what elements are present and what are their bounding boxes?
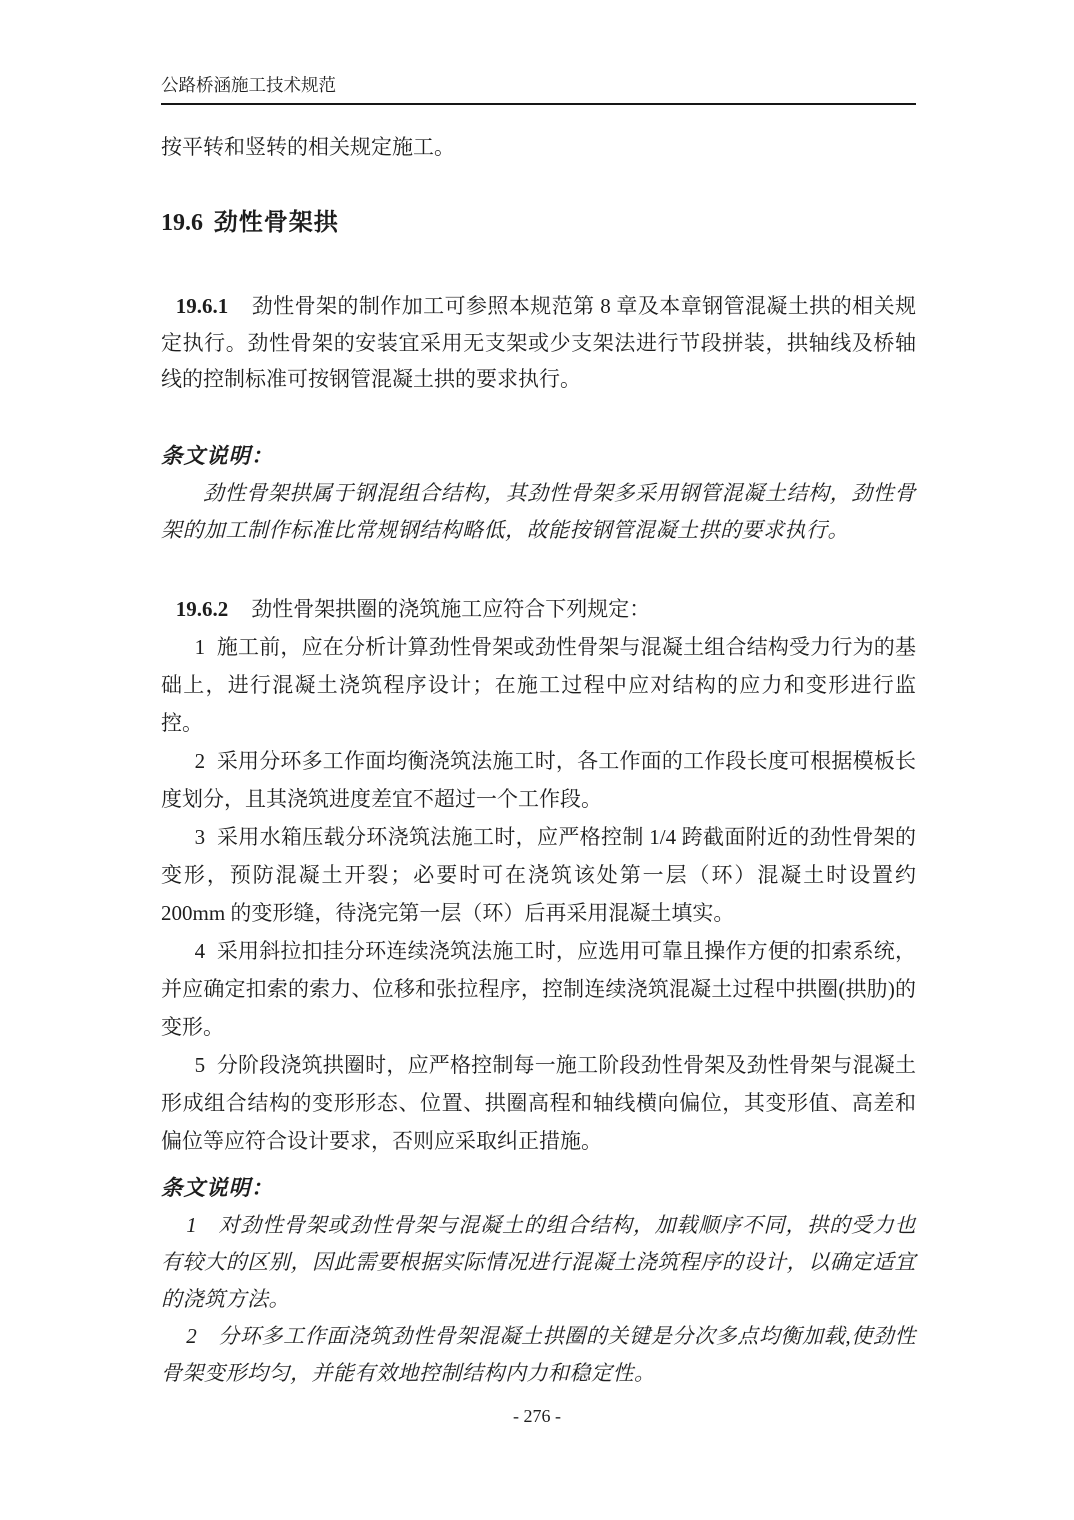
item-number: 2 bbox=[186, 1324, 197, 1348]
clause-item: 5分阶段浇筑拱圈时，应严格控制每一施工阶段劲性骨架及劲性骨架与混凝土形成组合结构… bbox=[161, 1046, 916, 1160]
item-text: 采用水箱压载分环浇筑法施工时，应严格控制 1/4 跨截面附近的劲性骨架的变形，预… bbox=[161, 825, 916, 925]
item-number: 3 bbox=[195, 825, 206, 849]
clause-lead: 19.6.2劲性骨架拱圈的浇筑施工应符合下列规定： bbox=[161, 590, 916, 628]
page-number: - 276 - bbox=[0, 1406, 1074, 1427]
item-text: 对劲性骨架或劲性骨架与混凝土的组合结构，加载顺序不同，拱的受力也有较大的区别，因… bbox=[161, 1213, 916, 1311]
clause-lead-text: 劲性骨架拱圈的浇筑施工应符合下列规定： bbox=[251, 597, 650, 621]
clause-19-6-2: 19.6.2劲性骨架拱圈的浇筑施工应符合下列规定： 1施工前，应在分析计算劲性骨… bbox=[161, 590, 916, 1160]
item-text: 分环多工作面浇筑劲性骨架混凝土拱圈的关键是分次多点均衡加载,使劲性骨架变形均匀，… bbox=[161, 1324, 916, 1385]
continued-paragraph: 按平转和竖转的相关规定施工。 bbox=[161, 134, 916, 160]
item-number: 2 bbox=[195, 749, 206, 773]
item-text: 施工前，应在分析计算劲性骨架或劲性骨架与混凝土组合结构受力行为的基础上，进行混凝… bbox=[161, 635, 916, 735]
item-text: 分阶段浇筑拱圈时，应严格控制每一施工阶段劲性骨架及劲性骨架与混凝土形成组合结构的… bbox=[161, 1053, 916, 1153]
clause-item: 2采用分环多工作面均衡浇筑法施工时，各工作面的工作段长度可根据模板长度划分，且其… bbox=[161, 742, 916, 818]
clause-text: 劲性骨架的制作加工可参照本规范第 8 章及本章钢管混凝土拱的相关规定执行。劲性骨… bbox=[161, 294, 916, 391]
clause-19-6-1: 19.6.1劲性骨架的制作加工可参照本规范第 8 章及本章钢管混凝土拱的相关规定… bbox=[161, 288, 916, 398]
item-number: 1 bbox=[195, 635, 206, 659]
note-label: 条文说明： bbox=[161, 1170, 916, 1207]
clause-number: 19.6.1 bbox=[176, 294, 229, 318]
section-heading: 19.6劲性骨架拱 bbox=[161, 210, 916, 236]
clause-item: 3采用水箱压载分环浇筑法施工时，应严格控制 1/4 跨截面附近的劲性骨架的变形，… bbox=[161, 818, 916, 932]
running-header-title: 公路桥涵施工技术规范 bbox=[161, 75, 336, 95]
commentary-note-2: 条文说明： 1对劲性骨架或劲性骨架与混凝土的组合结构，加载顺序不同，拱的受力也有… bbox=[161, 1170, 916, 1392]
page-number-text: - 276 - bbox=[513, 1406, 561, 1426]
clause-paragraph: 19.6.1劲性骨架的制作加工可参照本规范第 8 章及本章钢管混凝土拱的相关规定… bbox=[161, 288, 916, 398]
item-text: 采用分环多工作面均衡浇筑法施工时，各工作面的工作段长度可根据模板长度划分，且其浇… bbox=[161, 749, 916, 811]
clause-item: 4采用斜拉扣挂分环连续浇筑法施工时，应选用可靠且操作方便的扣索系统，并应确定扣索… bbox=[161, 932, 916, 1046]
note-text: 劲性骨架拱属于钢混组合结构，其劲性骨架多采用钢管混凝土结构，劲性骨架的加工制作标… bbox=[161, 475, 916, 549]
note-label: 条文说明： bbox=[161, 438, 916, 475]
item-text: 采用斜拉扣挂分环连续浇筑法施工时，应选用可靠且操作方便的扣索系统，并应确定扣索的… bbox=[161, 939, 916, 1039]
item-number: 5 bbox=[195, 1053, 206, 1077]
clause-number: 19.6.2 bbox=[176, 597, 229, 621]
section-number: 19.6 bbox=[161, 210, 203, 236]
running-header: 公路桥涵施工技术规范 bbox=[161, 76, 916, 105]
note-item: 2分环多工作面浇筑劲性骨架混凝土拱圈的关键是分次多点均衡加载,使劲性骨架变形均匀… bbox=[161, 1318, 916, 1392]
item-number: 4 bbox=[195, 939, 206, 963]
note-item: 1对劲性骨架或劲性骨架与混凝土的组合结构，加载顺序不同，拱的受力也有较大的区别，… bbox=[161, 1207, 916, 1318]
clause-item: 1施工前，应在分析计算劲性骨架或劲性骨架与混凝土组合结构受力行为的基础上，进行混… bbox=[161, 628, 916, 742]
commentary-note-1: 条文说明： 劲性骨架拱属于钢混组合结构，其劲性骨架多采用钢管混凝土结构，劲性骨架… bbox=[161, 438, 916, 549]
section-title: 劲性骨架拱 bbox=[214, 209, 339, 236]
document-page: 公路桥涵施工技术规范 按平转和竖转的相关规定施工。 19.6劲性骨架拱 19.6… bbox=[0, 0, 1074, 1520]
item-number: 1 bbox=[186, 1213, 197, 1237]
continued-paragraph-text: 按平转和竖转的相关规定施工。 bbox=[161, 134, 916, 160]
